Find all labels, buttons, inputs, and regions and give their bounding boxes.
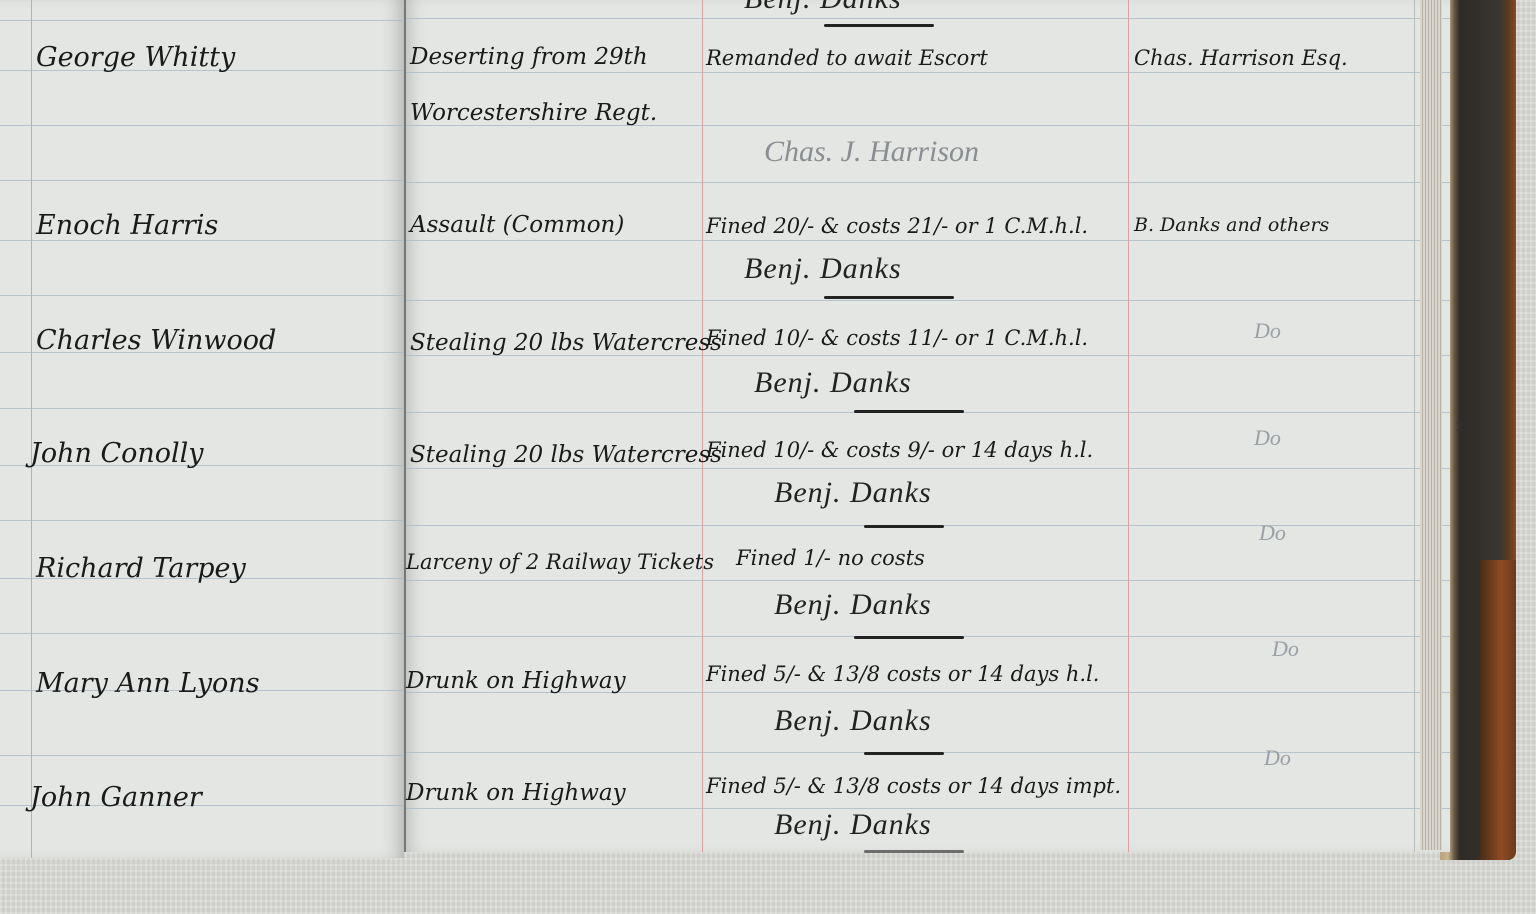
entry-offence: Stealing 20 lbs Watercress — [410, 330, 722, 356]
ruled-line — [0, 125, 404, 126]
left-page: George Whitty Enoch Harris Charles Winwo… — [0, 0, 404, 858]
entry-offence: Deserting from 29th — [410, 44, 648, 70]
entry-offence: Stealing 20 lbs Watercress — [410, 442, 722, 468]
ruled-line — [404, 580, 1450, 581]
entry-name: George Whitty — [36, 42, 235, 73]
ruled-line — [0, 295, 404, 296]
entry-sentence: Remanded to await Escort — [706, 46, 988, 70]
signature: Benj. Danks — [754, 366, 912, 400]
entry-sentence: Fined 5/- & 13/8 costs or 14 days h.l. — [706, 662, 1099, 686]
entry-magistrate: Chas. Harrison Esq. — [1134, 46, 1348, 70]
signature-flourish — [824, 24, 934, 27]
ditto-mark: Do — [1254, 318, 1281, 344]
margin-line — [31, 0, 32, 858]
page-edges — [1420, 0, 1442, 850]
margin-mark: 2 — [1456, 420, 1464, 434]
ruled-line — [0, 755, 404, 756]
signature-flourish — [854, 636, 964, 639]
entry-offence: Assault (Common) — [410, 212, 624, 238]
signature-flourish — [824, 296, 954, 299]
signature: Benj. Danks — [744, 252, 902, 286]
ruled-line — [404, 300, 1450, 301]
signature: Benj. Danks — [774, 704, 932, 738]
ruled-line — [404, 468, 1450, 469]
signature: Chas. J. Harrison — [764, 135, 979, 169]
signature: Benj. Danks — [744, 0, 902, 16]
entry-offence: Drunk on Highway — [406, 780, 626, 806]
ruled-line — [0, 180, 404, 181]
signature: Benj. Danks — [774, 588, 932, 622]
ruled-line — [0, 408, 404, 409]
ditto-mark: Do — [1264, 745, 1291, 771]
signature-flourish — [864, 525, 944, 528]
column-divider — [1128, 0, 1129, 852]
entry-sentence: Fined 20/- & costs 21/- or 1 C.M.h.l. — [706, 214, 1088, 238]
book-cover-corner — [1480, 560, 1516, 860]
entry-sentence: Fined 10/- & costs 11/- or 1 C.M.h.l. — [706, 326, 1088, 350]
ditto-mark: Do — [1272, 636, 1299, 662]
entry-name: Charles Winwood — [36, 325, 276, 356]
entry-name: Richard Tarpey — [36, 553, 246, 584]
ruled-line — [404, 182, 1450, 183]
entry-name: John Conolly — [30, 438, 204, 469]
entry-sentence: Fined 1/- no costs — [736, 546, 925, 570]
ruled-line — [0, 20, 404, 21]
ruled-line — [0, 520, 404, 521]
entry-sentence: Fined 5/- & 13/8 costs or 14 days impt. — [706, 774, 1121, 798]
entry-sentence: Fined 10/- & costs 9/- or 14 days h.l. — [706, 438, 1093, 462]
ruled-line — [404, 72, 1450, 73]
ruled-line — [404, 240, 1450, 241]
entry-magistrate: B. Danks and others — [1134, 214, 1329, 236]
ruled-line — [0, 633, 404, 634]
entry-name: Mary Ann Lyons — [36, 668, 260, 699]
signature-flourish — [854, 410, 964, 413]
entry-offence-cont: Worcestershire Regt. — [410, 100, 657, 126]
ruled-line — [404, 18, 1450, 19]
entry-name: Enoch Harris — [36, 210, 218, 241]
gutter-line — [404, 0, 406, 852]
ditto-mark: Do — [1259, 520, 1286, 546]
right-page: Benj. Danks Deserting from 29th Worceste… — [404, 0, 1450, 852]
column-divider — [702, 0, 703, 852]
signature-flourish — [864, 752, 944, 755]
signature: Benj. Danks — [774, 476, 932, 510]
entry-name: John Ganner — [30, 782, 202, 813]
entry-offence: Larceny of 2 Railway Tickets — [406, 550, 714, 574]
signature: Benj. Danks — [774, 808, 932, 842]
ditto-mark: Do — [1254, 425, 1281, 451]
entry-offence: Drunk on Highway — [406, 668, 626, 694]
column-divider — [1414, 0, 1415, 852]
signature-flourish — [864, 850, 964, 853]
